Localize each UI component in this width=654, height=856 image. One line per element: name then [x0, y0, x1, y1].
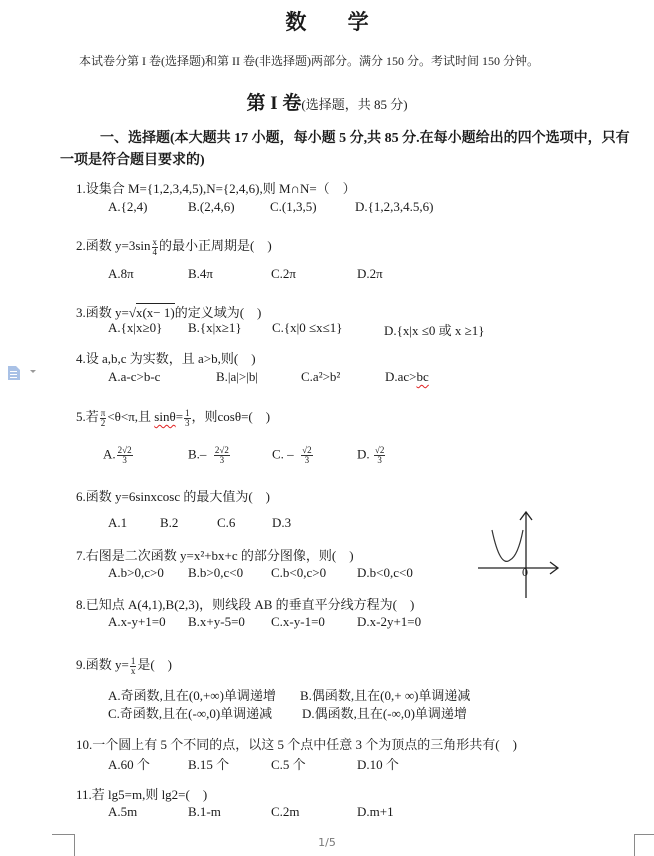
q5-fraction-2: 13	[184, 409, 191, 428]
q8-option-d: D.x-2y+1=0	[357, 614, 421, 630]
exam-intro: 本试卷分第 I 卷(选择题)和第 II 卷(非选择题)两部分。满分 150 分。…	[79, 52, 539, 69]
question-9-stem: 9.函数 y=1x是( )	[76, 654, 172, 676]
q9-option-d: D.偶函数,且在(-∞,0)单调递增	[302, 703, 467, 722]
q6-option-d: D.3	[272, 515, 291, 531]
q6-option-c: C.6	[217, 515, 235, 531]
q4-option-d: D.ac>bc	[385, 369, 429, 385]
q5-d-label: D.	[357, 446, 370, 461]
q9-frac-den: x	[130, 667, 137, 676]
q5-stem-eq: =	[176, 409, 183, 424]
q7-option-a: A.b>0,c>0	[108, 565, 164, 581]
q10-option-b: B.15 个	[188, 754, 229, 773]
q5-b-frac: 2√23	[214, 446, 230, 465]
q2-fraction: x4	[152, 238, 159, 257]
q11-option-c: C.2m	[271, 804, 300, 820]
q5-b-den: 3	[214, 456, 230, 465]
question-6-stem: 6.函数 y=6sinxcosc 的最大值为( )	[76, 486, 270, 505]
q3-option-b: B.{x|x≥1}	[188, 320, 242, 336]
q5-c-frac: √23	[301, 446, 312, 465]
volume-heading-main: 第 I 卷	[246, 93, 301, 114]
question-3-stem: 3.函数 y=√x(x− 1)的定义域为( )	[76, 302, 261, 321]
q11-option-a: A.5m	[108, 804, 137, 820]
q11-option-d: D.m+1	[357, 804, 394, 820]
question-7-stem: 7.右图是二次函数 y=x²+bx+c 的部分图像，则( )	[76, 545, 354, 564]
question-4-stem: 4.设 a,b,c 为实数，且 a>b,则( )	[76, 348, 256, 367]
section-heading: 一、选择题(本大题共 17 小题，每小题 5 分,共 85 分.在每小题给出的四…	[60, 128, 640, 172]
q9-stem-post: 是( )	[137, 657, 172, 672]
q1-option-a: A.{2,4)	[108, 199, 147, 215]
q10-option-c: C.5 个	[271, 754, 306, 773]
q2-option-d: D.2π	[357, 266, 383, 282]
page-title: 数 学	[0, 6, 654, 36]
q5-d-den: 3	[374, 456, 385, 465]
q3-stem-pre: 3.函数 y=√	[76, 305, 136, 320]
q4-option-b: B.|a|>|b|	[216, 369, 258, 385]
q4-option-c: C.a²>b²	[301, 369, 340, 385]
q5-stem-mid: <θ<π,且	[107, 409, 154, 424]
question-5-stem: 5.若π2<θ<π,且 sinθ=13，则cosθ=( )	[76, 406, 270, 428]
q2-option-b: B.4π	[188, 266, 213, 282]
q10-option-a: A.60 个	[108, 754, 150, 773]
q1-option-c: C.(1,3,5)	[270, 199, 317, 215]
q9-stem-pre: 9.函数 y=	[76, 657, 129, 672]
q8-option-c: C.x-y-1=0	[271, 614, 325, 630]
q5-stem-post: ，则cosθ=( )	[192, 409, 271, 424]
q1-option-b: B.(2,4,6)	[188, 199, 235, 215]
q3-option-a: A.{x|x≥0}	[108, 320, 162, 336]
figure-origin-label: 0	[522, 565, 528, 580]
q5-c-sign: –	[287, 446, 294, 461]
q6-option-a: A.1	[108, 515, 127, 531]
q2-stem-pre: 2.函数 y=3sin	[76, 238, 151, 253]
q2-option-c: C.2π	[271, 266, 296, 282]
q5-option-b: B.– 2√23	[188, 446, 231, 465]
q7-option-d: D.b<0,c<0	[357, 565, 413, 581]
page-indicator: 1/5	[0, 836, 654, 849]
question-10-stem: 10.一个圆上有 5 个不同的点，以这 5 个点中任意 3 个为顶点的三角形共有…	[76, 734, 517, 753]
q9-option-b: B.偶函数,且在(0,+ ∞)单调递减	[300, 685, 470, 704]
question-1-stem: 1.设集合 M={1,2,3,4,5),N={2,4,6),则 M∩N=（ ）	[76, 178, 356, 197]
q5-frac1-den: 2	[100, 419, 107, 428]
q8-option-b: B.x+y-5=0	[188, 614, 245, 630]
q5-option-a: A.2√23	[103, 446, 134, 465]
q8-option-a: A.x-y+1=0	[108, 614, 166, 630]
q5-c-den: 3	[301, 456, 312, 465]
q3-option-d: D.{x|x ≤0 或 x ≥1}	[384, 320, 485, 339]
q5-b-label: B.–	[188, 446, 206, 461]
q2-option-a: A.8π	[108, 266, 134, 282]
q6-option-b: B.2	[160, 515, 178, 531]
q5-a-den: 3	[117, 456, 133, 465]
q9-option-a: A.奇函数,且在(0,+∞)单调递增	[108, 685, 276, 704]
q9-fraction: 1x	[130, 657, 137, 676]
q5-d-frac: √23	[374, 446, 385, 465]
q3-option-c: C.{x|0 ≤x≤1}	[272, 320, 343, 336]
document-icon[interactable]	[8, 366, 20, 380]
q2-frac-den: 4	[152, 248, 159, 257]
question-11-stem: 11.若 lg5=m,则 lg2=( )	[76, 784, 207, 803]
q9-option-c: C.奇函数,且在(-∞,0)单调递减	[108, 703, 272, 722]
q5-option-c: C. – √23	[272, 446, 314, 465]
question-8-stem: 8.已知点 A(4,1),B(2,3)，则线段 AB 的垂直平分线方程为( )	[76, 594, 414, 613]
q5-sin-spellcheck: sinθ	[154, 409, 175, 424]
q5-fraction-1: π2	[100, 409, 107, 428]
volume-heading: 第 I 卷(选择题，共 85 分)	[0, 88, 654, 115]
volume-heading-sub: (选择题，共 85 分)	[301, 97, 407, 112]
q5-stem-pre: 5.若	[76, 409, 99, 424]
spellcheck-mark: bc	[417, 369, 429, 384]
q10-option-d: D.10 个	[357, 754, 399, 773]
q5-c-label: C.	[272, 446, 284, 461]
parabola-figure	[470, 508, 570, 598]
q5-option-d: D. √23	[357, 446, 386, 465]
q3-radicand: x(x− 1)	[136, 303, 175, 320]
caret-down-icon[interactable]	[30, 370, 36, 373]
q2-stem-post: 的最小正周期是( )	[159, 238, 272, 253]
q7-option-b: B.b>0,c<0	[188, 565, 243, 581]
q3-stem-post: 的定义域为( )	[175, 305, 262, 320]
q11-option-b: B.1-m	[188, 804, 221, 820]
q5-frac2-den: 3	[184, 419, 191, 428]
q5-a-label: A.	[103, 446, 116, 461]
q4-option-a: A.a-c>b-c	[108, 369, 160, 385]
question-2-stem: 2.函数 y=3sinx4的最小正周期是( )	[76, 235, 272, 257]
q5-a-frac: 2√23	[117, 446, 133, 465]
q1-option-d: D.{1,2,3,4.5,6)	[355, 199, 433, 215]
q7-option-c: C.b<0,c>0	[271, 565, 326, 581]
